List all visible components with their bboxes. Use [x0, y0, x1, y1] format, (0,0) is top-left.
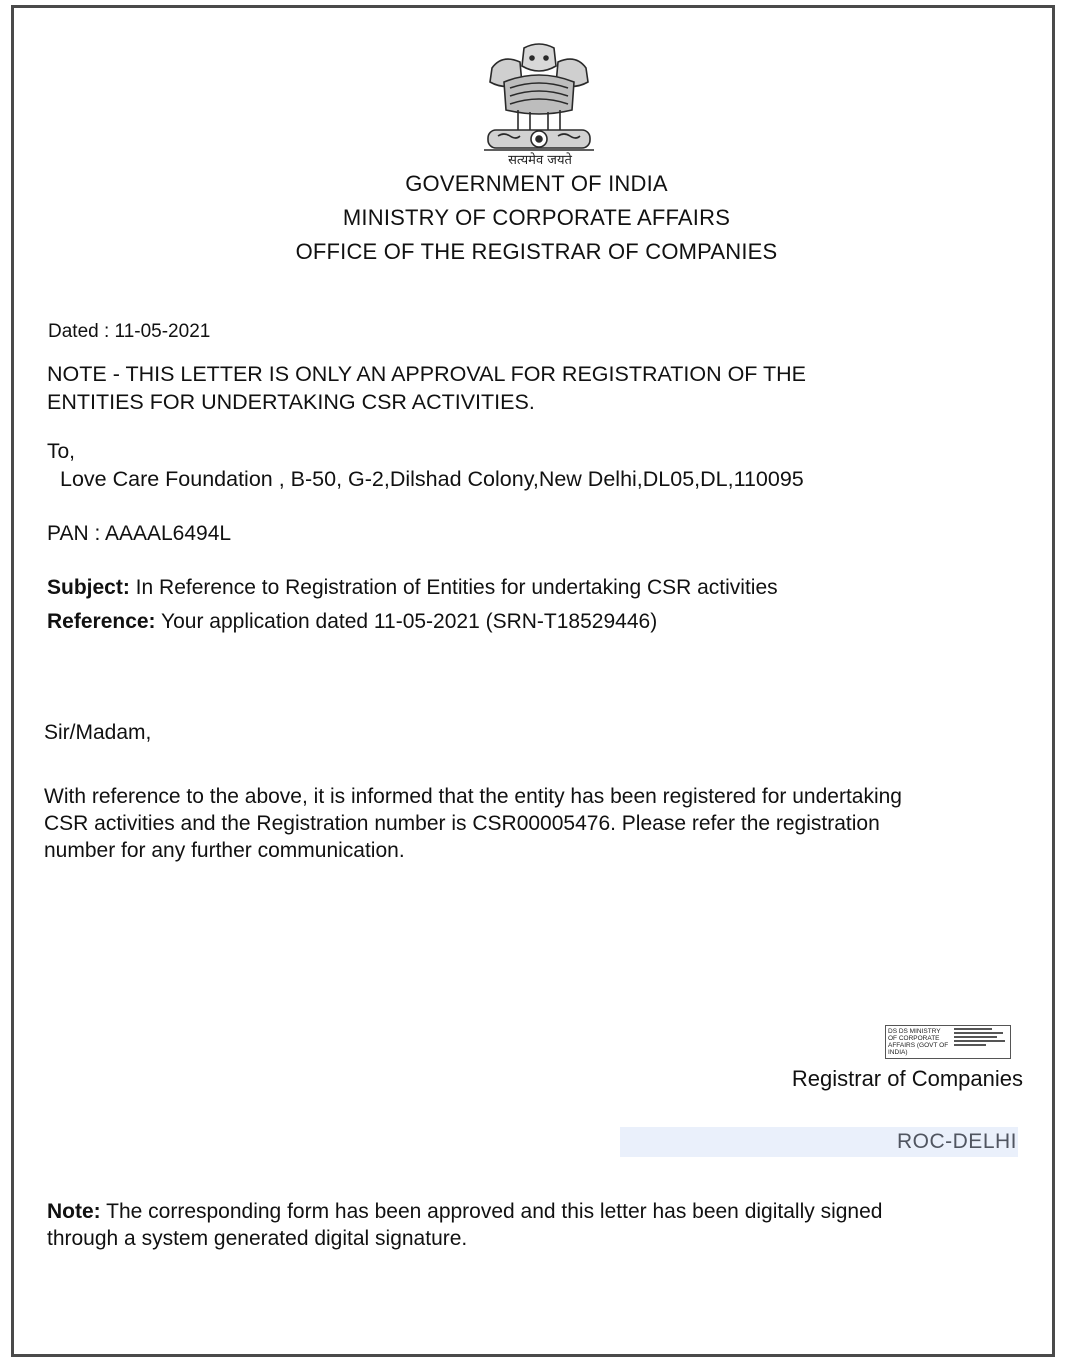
footer-note-text: The corresponding form has been approved…: [101, 1200, 883, 1223]
header-government: GOVERNMENT OF INDIA: [0, 171, 1073, 197]
subject-line: Subject: In Reference to Registration of…: [47, 576, 778, 600]
footer-note-line-1: Note: The corresponding form has been ap…: [47, 1200, 882, 1224]
header-ministry: MINISTRY OF CORPORATE AFFAIRS: [0, 205, 1073, 231]
dated-value: 11-05-2021: [115, 321, 211, 342]
to-label: To,: [47, 440, 75, 464]
signature-stamp-details: [952, 1026, 1010, 1058]
signatory-title: Registrar of Companies: [792, 1066, 1023, 1092]
subject-label: Subject:: [47, 576, 130, 599]
header-office: OFFICE OF THE REGISTRAR OF COMPANIES: [0, 239, 1073, 265]
approval-note-line-1: NOTE - THIS LETTER IS ONLY AN APPROVAL F…: [47, 360, 806, 388]
state-emblem-of-india-icon: [474, 38, 604, 158]
emblem-motto: सत्यमेव जयते: [470, 150, 610, 168]
subject-text: In Reference to Registration of Entities…: [130, 576, 778, 599]
roc-office: ROC-DELHI: [897, 1130, 1017, 1154]
pan-value: AAAAL6494L: [105, 522, 231, 545]
reference-label: Reference:: [47, 610, 156, 633]
addressee-address: Love Care Foundation , B-50, G-2,Dilshad…: [60, 467, 804, 492]
dated-line: Dated : 11-05-2021: [48, 321, 210, 343]
pan-line: PAN : AAAAL6494L: [47, 522, 231, 546]
body-line-1: With reference to the above, it is infor…: [44, 785, 902, 809]
dated-label: Dated :: [48, 321, 115, 342]
body-line-3: number for any further communication.: [44, 839, 405, 863]
digital-signature-stamp: DS DS MINISTRY OF CORPORATE AFFAIRS (GOV…: [885, 1025, 1011, 1059]
reference-line: Reference: Your application dated 11-05-…: [47, 610, 657, 634]
footer-note-label: Note:: [47, 1200, 101, 1223]
reference-text: Your application dated 11-05-2021 (SRN-T…: [156, 610, 658, 633]
footer-note-line-2: through a system generated digital signa…: [47, 1227, 467, 1251]
signature-stamp-text: DS DS MINISTRY OF CORPORATE AFFAIRS (GOV…: [886, 1026, 952, 1058]
approval-note-line-2: ENTITIES FOR UNDERTAKING CSR ACTIVITIES.: [47, 388, 535, 416]
body-line-2: CSR activities and the Registration numb…: [44, 812, 880, 836]
salutation: Sir/Madam,: [44, 721, 151, 745]
pan-label: PAN :: [47, 522, 105, 545]
